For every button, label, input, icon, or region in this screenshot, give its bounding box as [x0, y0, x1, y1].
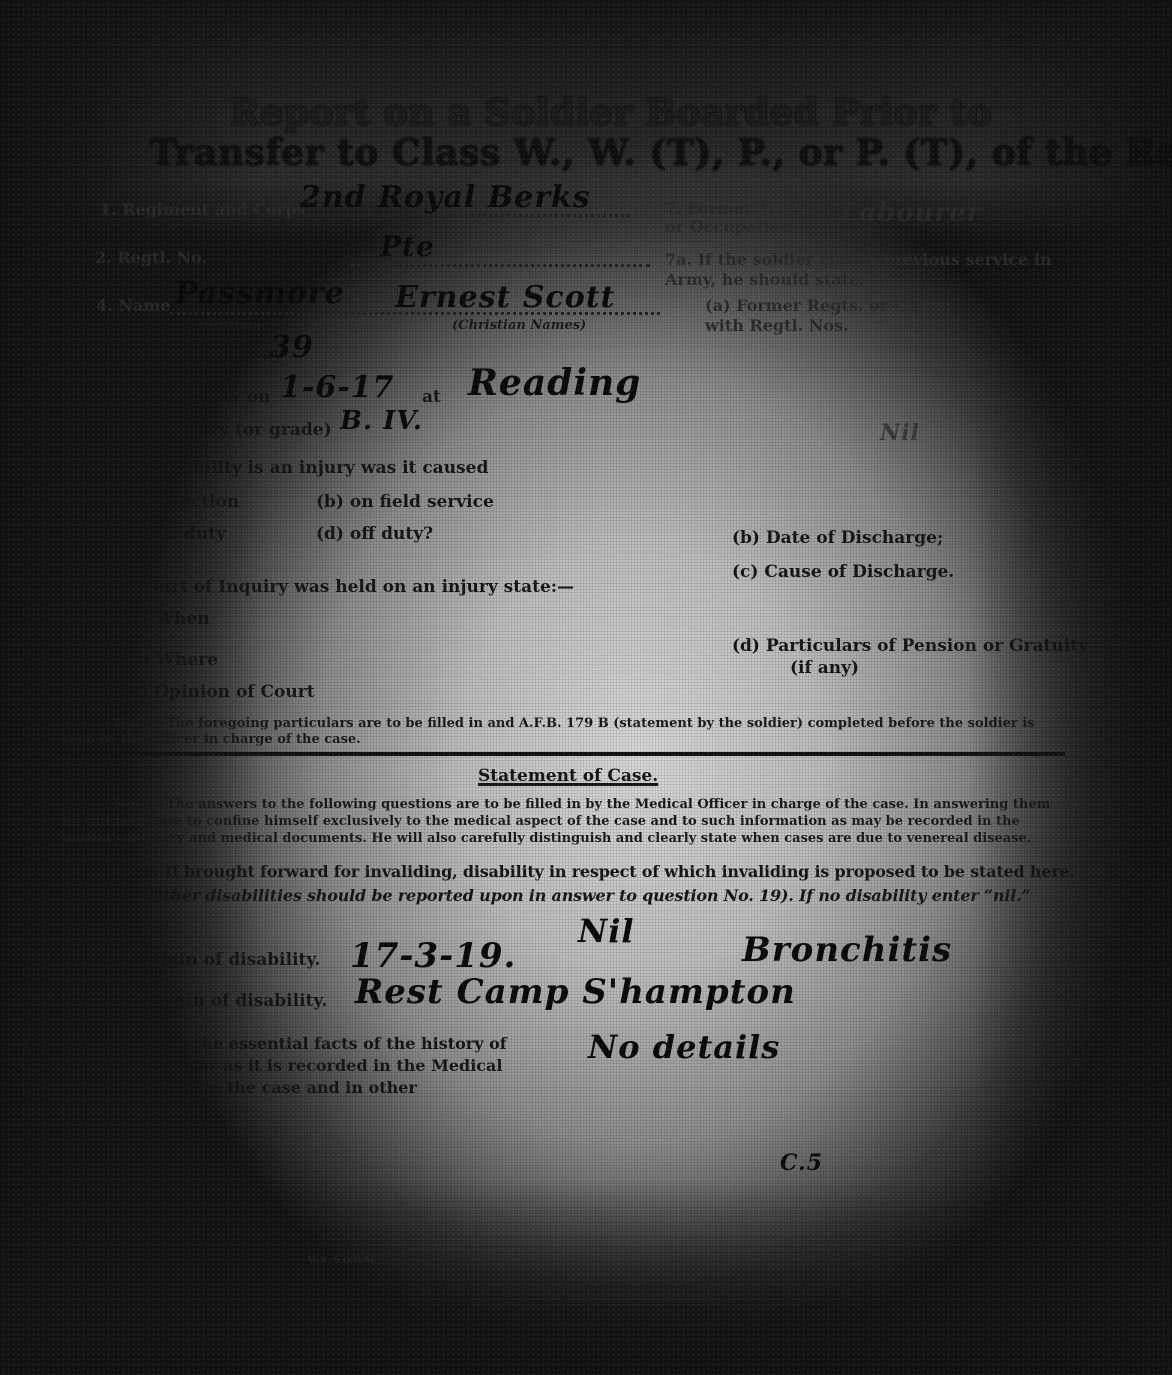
court-when: (a) When [122, 609, 210, 629]
former-regts-value: Nil [880, 420, 920, 446]
injury-option-c: (c) on duty [122, 524, 226, 544]
age-value: 39 [270, 330, 314, 365]
injury-option-b: (b) on field service [316, 492, 494, 512]
page-mark: C.5 [780, 1150, 823, 1176]
christian-names-caption: (Christian Names) [452, 318, 586, 333]
prior-service-label: 7a. If the soldier claims previous servi… [665, 250, 1085, 290]
pension-sub-label: (if any) [790, 658, 859, 678]
injury-option-a: (a) in action [122, 492, 239, 512]
scan-bottom-shadow [0, 1180, 1172, 1375]
q11-value: 17-3-19. [350, 936, 516, 976]
rank-value: Pte [380, 230, 435, 263]
foregoing-note: Note.—The foregoing particulars are to b… [62, 716, 1062, 748]
corps-dotted-line [260, 214, 630, 217]
posted-date-value: 1-6-17 [280, 370, 394, 405]
q11-label: 11. Date of origin of disability. [30, 950, 320, 970]
surname-caption: (Surname) [198, 318, 276, 333]
rank-dotted-line [350, 264, 650, 267]
scan-right-shadow [972, 0, 1172, 1375]
category-value: B. IV. [340, 406, 423, 436]
document-title-line2: Transfer to Class W., W. (T), P., or P. … [150, 132, 1172, 174]
q12-label: 12. Place of origin of disability. [30, 991, 327, 1011]
former-regts-label: (a) Former Regts. or Corps; with Regtl. … [705, 296, 965, 336]
name-label: 4. Name [96, 296, 170, 315]
regt-no-label: 2. Regtl. No. [95, 248, 207, 267]
pension-label: (d) Particulars of Pension or Gratuity [732, 636, 1088, 656]
former-trade-value: Labourer [840, 198, 982, 228]
section-divider [60, 752, 1065, 756]
christian-names-value: Ernest Scott [395, 280, 615, 315]
q13-label-line3: Case Sheet bearing on the case and in ot… [20, 1078, 417, 1097]
q12-value: Rest Camp S'hampton [355, 972, 796, 1012]
date-of-discharge-label: (b) Date of Discharge; [732, 528, 943, 548]
former-trade-label: 7. Former Trade or Occupation [665, 200, 825, 236]
form-code: W.R. S.O.D.M. [308, 1256, 377, 1266]
q10-line1: 10. If brought forward for invaliding, d… [132, 862, 1075, 881]
court-where: (b) Where [122, 650, 218, 670]
q10-disability-value: Bronchitis [742, 930, 952, 970]
cause-of-discharge-label: (c) Cause of Discharge. [732, 562, 954, 582]
posted-at-label: at [422, 387, 441, 407]
q13-label-line1: 13. State concisely the essential facts … [20, 1034, 507, 1053]
q13-label-line2: the disability in so far as it is record… [20, 1056, 503, 1075]
q10-nil-value: Nil [578, 912, 635, 950]
corps-value: 2nd Royal Berks [300, 180, 591, 215]
injury-option-d: (d) off duty? [316, 524, 433, 544]
name-dotted-line [170, 312, 660, 315]
surname-value: Passmore [175, 276, 345, 311]
court-opinion: (c) Opinion of Court [122, 682, 315, 702]
statement-note: Note.—The answers to the following quest… [62, 796, 1062, 847]
q13-value: No details [588, 1028, 780, 1066]
q13-label-line4: official documents. [20, 1100, 192, 1119]
q10-line2: (Other disabilities should be reported u… [142, 886, 1030, 905]
posted-place-value: Reading [468, 362, 641, 404]
posted-label: 6. Posted for duty on [72, 387, 271, 407]
document-title-line1: Report on a Soldier Boarded Prior to [230, 92, 992, 134]
category-label: in category (or grade) [122, 420, 332, 440]
statement-heading: Statement of Case. [478, 766, 658, 786]
injury-label: 8. If the disability is an injury was it… [72, 458, 488, 478]
court-label: 9. If a Court of Inquiry was held on an … [72, 577, 574, 597]
rank-label: 3. Rank [248, 248, 317, 267]
age-label: 5. Age last birthday [96, 344, 283, 364]
